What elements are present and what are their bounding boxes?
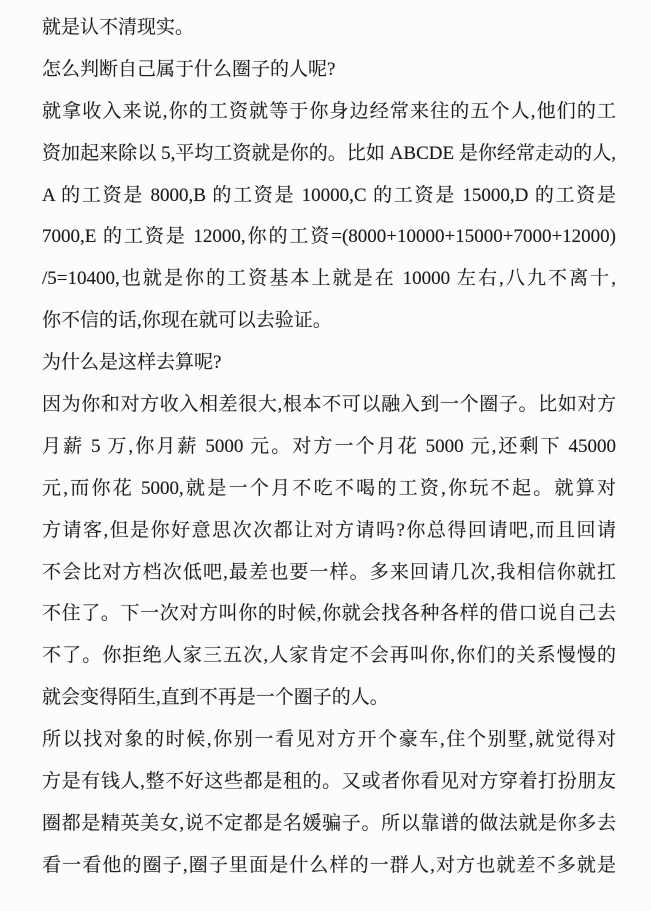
paragraph: 为什么是这样去算呢? <box>42 342 616 384</box>
text-line: 7000,E 的工资是 12000,你的工资=(8000+10000+15000… <box>42 216 616 258</box>
text-line: /5=10400,也就是你的工资基本上就是在 10000 左右,八九不离十, <box>42 258 616 300</box>
text-line: 怎么判断自己属于什么圈子的人呢? <box>42 49 616 91</box>
text-line: 看一看他的圈子,圈子里面是什么样的一群人,对方也就差不多就是 <box>42 845 616 887</box>
text-line: 不了。你拒绝人家三五次,人家肯定不会再叫你,你们的关系慢慢的 <box>42 635 616 677</box>
text-line: 就会变得陌生,直到不再是一个圈子的人。 <box>42 677 616 719</box>
text-line: 资加起来除以 5,平均工资就是你的。比如 ABCDE 是你经常走动的人, <box>42 133 616 175</box>
paragraph: 因为你和对方收入相差很大,根本不可以融入到一个圈子。比如对方 月薪 5 万,你月… <box>42 384 616 719</box>
text-line: 就拿收入来说,你的工资就等于你身边经常来往的五个人,他们的工 <box>42 91 616 133</box>
text-line: A 的工资是 8000,B 的工资是 10000,C 的工资是 15000,D … <box>42 175 616 217</box>
text-line: 就是认不清现实。 <box>42 7 616 49</box>
text-line: 月薪 5 万,你月薪 5000 元。对方一个月花 5000 元,还剩下 4500… <box>42 426 616 468</box>
paragraph: 就拿收入来说,你的工资就等于你身边经常来往的五个人,他们的工 资加起来除以 5,… <box>42 91 616 342</box>
text-line: 不会比对方档次低吧,最差也要一样。多来回请几次,我相信你就扛 <box>42 552 616 594</box>
text-line: 因为你和对方收入相差很大,根本不可以融入到一个圈子。比如对方 <box>42 384 616 426</box>
text-line: 所以找对象的时候,你别一看见对方开个豪车,住个别墅,就觉得对 <box>42 719 616 761</box>
paragraph: 所以找对象的时候,你别一看见对方开个豪车,住个别墅,就觉得对 方是有钱人,整不好… <box>42 719 616 887</box>
paragraph: 就是认不清现实。 <box>42 7 616 49</box>
paragraph: 怎么判断自己属于什么圈子的人呢? <box>42 49 616 91</box>
document-page: 就是认不清现实。 怎么判断自己属于什么圈子的人呢? 就拿收入来说,你的工资就等于… <box>42 7 616 887</box>
text-line: 方请客,但是你好意思次次都让对方请吗?你总得回请吧,而且回请 <box>42 510 616 552</box>
text-line: 你不信的话,你现在就可以去验证。 <box>42 300 616 342</box>
text-line: 不住了。下一次对方叫你的时候,你就会找各种各样的借口说自己去 <box>42 593 616 635</box>
text-line: 圈都是精英美女,说不定都是名媛骗子。所以靠谱的做法就是你多去 <box>42 803 616 845</box>
text-line: 元,而你花 5000,就是一个月不吃不喝的工资,你玩不起。就算对 <box>42 468 616 510</box>
text-line: 方是有钱人,整不好这些都是租的。又或者你看见对方穿着打扮朋友 <box>42 761 616 803</box>
text-line: 为什么是这样去算呢? <box>42 342 616 384</box>
